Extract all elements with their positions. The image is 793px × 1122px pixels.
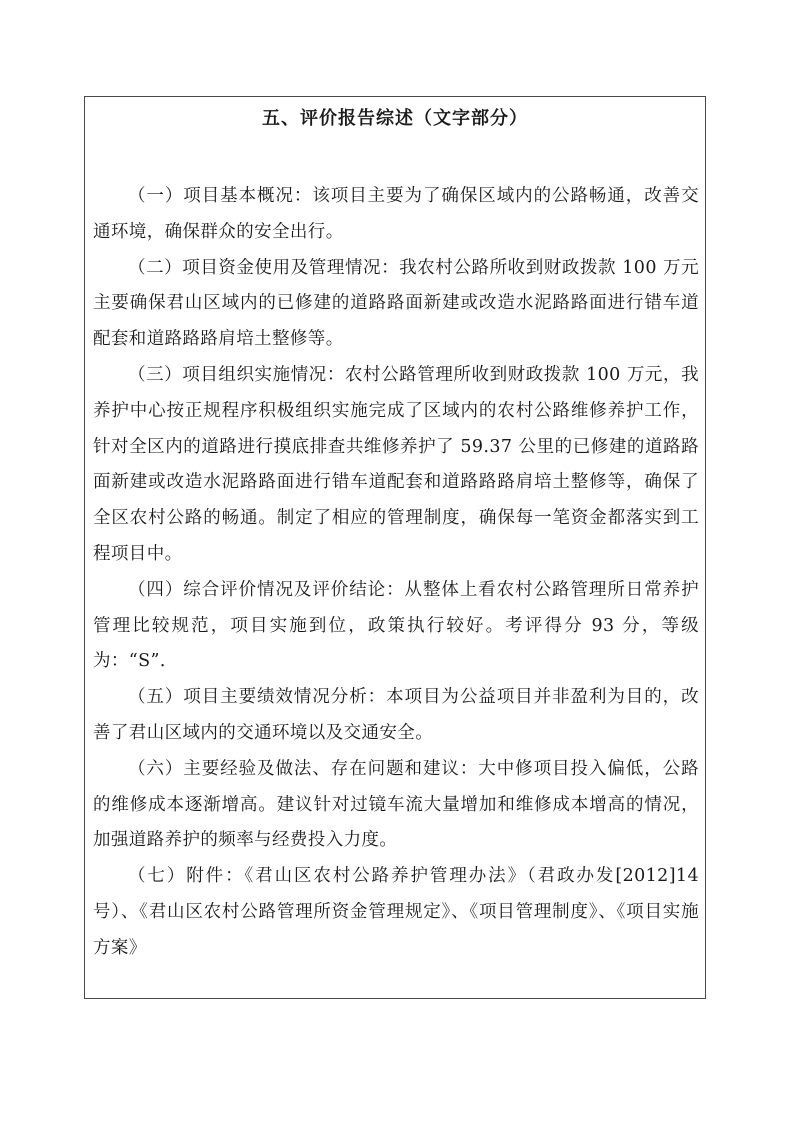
report-summary-box: 五、评价报告综述（文字部分） （一）项目基本概况：该项目主要为了确保区域内的公路… xyxy=(84,96,706,999)
paragraph-attachments: （七）附件：《君山区农村公路养护管理办法》（君政办发[2012]14 号）、《君… xyxy=(93,859,699,966)
paragraph-implementation: （三）项目组织实施情况：农村公路管理所收到财政拨款 100 万元，我养护中心按正… xyxy=(93,358,699,573)
paragraph-project-overview: （一）项目基本概况：该项目主要为了确保区域内的公路畅通，改善交通环境，确保群众的… xyxy=(93,179,699,251)
summary-body: （一）项目基本概况：该项目主要为了确保区域内的公路畅通，改善交通环境，确保群众的… xyxy=(93,179,699,967)
paragraph-performance-analysis: （五）项目主要绩效情况分析：本项目为公益项目并非盈利为目的，改善了君山区域内的交… xyxy=(93,680,699,752)
paragraph-experience-suggestions: （六）主要经验及做法、存在问题和建议：大中修项目投入偏低，公路的维修成本逐渐增高… xyxy=(93,752,699,859)
paragraph-evaluation-conclusion: （四）综合评价情况及评价结论：从整体上看农村公路管理所日常养护管理比较规范，项目… xyxy=(93,573,699,680)
paragraph-fund-usage: （二）项目资金使用及管理情况：我农村公路所收到财政拨款 100 万元主要确保君山… xyxy=(93,251,699,358)
section-title: 五、评价报告综述（文字部分） xyxy=(85,107,705,131)
